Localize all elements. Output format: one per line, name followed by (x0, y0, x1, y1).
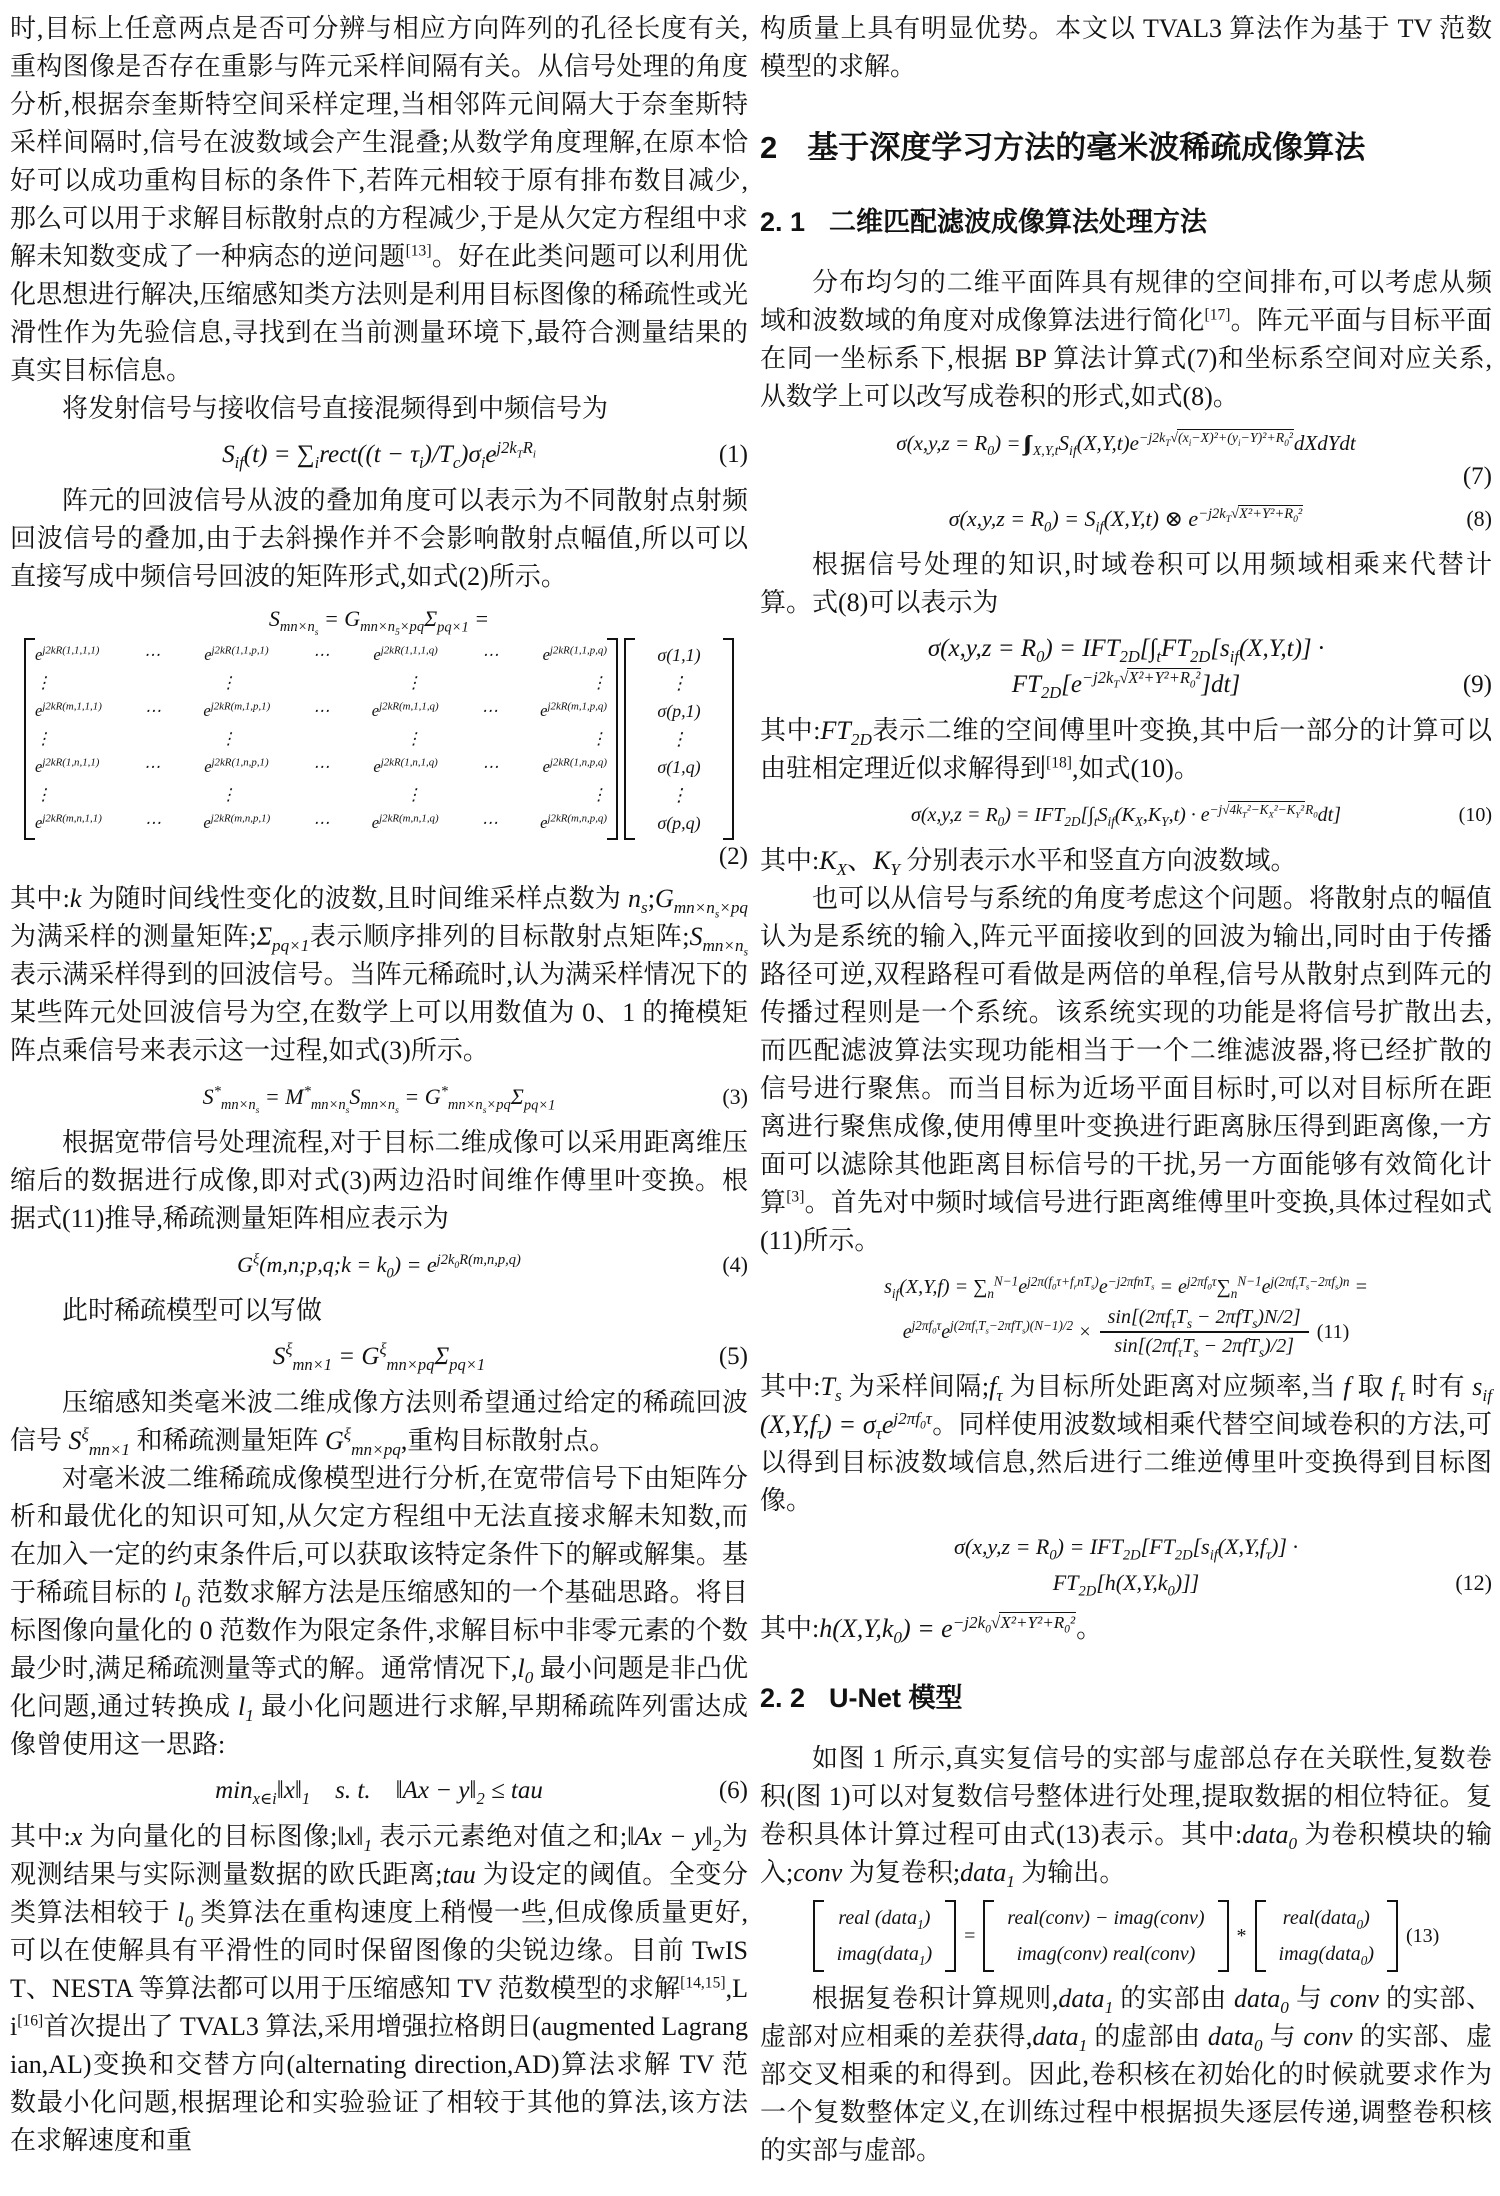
right-bracket (607, 638, 618, 840)
paragraph-if-signal-lead: 将发射信号与接收信号直接混频得到中频信号为 (10, 390, 748, 428)
subsection-title: U-Net 模型 (829, 1682, 963, 1714)
right-bracket (1387, 1900, 1398, 1972)
paragraph-intro-continuation: 时,目标上任意两点是否可分辨与相应方向阵列的孔径长度有关,重构图像是否存在重影与… (10, 10, 748, 390)
paragraph-sparse-model-lead: 此时稀疏模型可以写做 (10, 1292, 748, 1330)
paragraph-h-definition: 其中:h(X,Y,k0) = e−j2k0√X²+Y²+R0²。 (760, 1610, 1492, 1648)
left-bracket (983, 1900, 994, 1972)
equals-sign: = (964, 1925, 975, 1948)
equation-12-number: (12) (1455, 1566, 1492, 1600)
paper-page: 时,目标上任意两点是否可分辨与相应方向阵列的孔径长度有关,重构图像是否存在重影与… (0, 0, 1500, 2196)
equation-8-body: σ(x,y,z = R0) = Sif(X,Y,t) ⊗ e−j2kT√X²+Y… (949, 506, 1304, 531)
equation-3-number: (3) (722, 1080, 748, 1114)
paragraph-freq-multiply: 根据信号处理的知识,时域卷积可以用频域相乘来代替计算。式(8)可以表示为 (760, 546, 1492, 622)
equation-11-line-2: ej2πf0τej(2πfτTs−2πfTs)(N−1)/2 × sin[(2π… (760, 1306, 1492, 1358)
subsection-number: 2. 1 (760, 206, 805, 238)
equation-11-line-1: sif(X,Y,f) = ∑nN−1ej2π(f0τ+frnTs)e−j2πfn… (760, 1270, 1492, 1304)
paragraph-sampling-note: 其中:Ts 为采样间隔;fτ 为目标所处距离对应频率,当 f 取 fτ 时有 s… (760, 1368, 1492, 1520)
equation-9-line-1: σ(x,y,z = R0) = IFT2D[∫tFT2D[sif(X,Y,t)]… (760, 632, 1492, 666)
equation-10-body: σ(x,y,z = R0) = IFT2D[∫tSif(KX,KY,t) · e… (911, 804, 1341, 826)
section-number: 2 (760, 130, 777, 166)
subsection-heading-2-2: 2. 2 U-Net 模型 (760, 1682, 1492, 1714)
equation-11-body-2: ej2πf0τej(2πfτTs−2πfTs)(N−1)/2 × (903, 1321, 1092, 1344)
fraction-denominator: sin[(2πfτTs − 2πfTs)/2] (1100, 1333, 1309, 1358)
equation-4-body: Gξ(m,n;p,q;k = k0) = ej2k0R(m,n,p,q) (237, 1252, 521, 1277)
right-bracket (723, 638, 734, 840)
equation-7: σ(x,y,z = R0) = ∫∫∫X,Y,tSif(X,Y,t)e−j2kT… (760, 426, 1492, 460)
equation-2: Smn×ns = Gmn×n5×pqΣpq×1 = ej2kR(1,1,1,1)… (10, 604, 748, 872)
measurement-matrix: ej2kR(1,1,1,1)⋯ej2kR(1,1,p,1)⋯ej2kR(1,1,… (35, 638, 607, 840)
equation-3: S*mn×ns = M*mn×nsSmn×ns = G*mn×ns×pqΣpq×… (10, 1080, 748, 1114)
paragraph-wavenumber-note: 其中:KX、KY 分别表示水平和竖直方向波数域。 (760, 842, 1492, 880)
equation-12-line-1: σ(x,y,z = R0) = IFT2D[FT2D[sif(X,Y,fτ)] … (760, 1530, 1492, 1564)
left-bracket (24, 638, 35, 840)
equation-2-number: (2) (10, 842, 748, 872)
equation-9-line-2: FT2D[e−j2kT√X²+Y²+R0²]dt] (9) (760, 668, 1492, 702)
data0-matrix: real(data0)imag(data0) (1274, 1900, 1379, 1972)
equation-2-matrix: ej2kR(1,1,1,1)⋯ej2kR(1,1,p,1)⋯ej2kR(1,1,… (10, 638, 748, 840)
paragraph-complex-conv-rule: 根据复卷积计算规则,data1 的实部由 data0 与 conv 的实部、虚部… (760, 1980, 1492, 2170)
equation-5-body: Sξmn×1 = Gξmn×pqΣpq×1 (273, 1343, 485, 1370)
equation-12-body-1: σ(x,y,z = R0) = IFT2D[FT2D[sif(X,Y,fτ)] … (954, 1534, 1298, 1559)
paragraph-cs-goal: 压缩感知类毫米波二维成像方法则希望通过给定的稀疏回波信号 Sξmn×1 和稀疏测… (10, 1384, 748, 1460)
equation-9-body-2: FT2D[e−j2kT√X²+Y²+R0²]dt] (1012, 671, 1240, 698)
equation-8-number: (8) (1466, 502, 1492, 536)
equation-11-number: (11) (1317, 1321, 1350, 1344)
conv-matrix: real(conv) − imag(conv)imag(conv) real(c… (1002, 1900, 1209, 1972)
sinc-fraction: sin[(2πfτTs − 2πfTs)N/2] sin[(2πfτTs − 2… (1100, 1306, 1309, 1358)
paragraph-complex-conv-intro: 如图 1 所示,真实复信号的实部与虚部总存在关联性,复数卷积(图 1)可以对复数… (760, 1740, 1492, 1892)
equation-10: σ(x,y,z = R0) = IFT2D[∫tSif(KX,KY,t) · e… (760, 798, 1492, 832)
left-bracket (624, 638, 635, 840)
paragraph-tv-algorithms: 其中:x 为向量化的目标图像;‖x‖1 表示元素绝对值之和;‖Ax − y‖2为… (10, 1818, 748, 2160)
equation-1: Sif(t) = ∑irect((t − τi)/Tc)σiej2kTRi (1… (10, 438, 748, 472)
equation-2-head: Smn×ns = Gmn×n5×pqΣpq×1 = (10, 604, 748, 634)
equation-5-number: (5) (719, 1340, 748, 1374)
equation-13: real (data1)imag(data1) = real(conv) − i… (760, 1900, 1492, 1972)
right-bracket (1218, 1900, 1229, 1972)
paragraph-planar-array: 分布均匀的二维平面阵具有规律的空间排布,可以考虑从频域和波数域的角度对成像算法进… (760, 264, 1492, 416)
equation-7-body: σ(x,y,z = R0) = ∫∫∫X,Y,tSif(X,Y,t)e−j2kT… (896, 431, 1356, 455)
equation-9-body-1: σ(x,y,z = R0) = IFT2D[∫tFT2D[sif(X,Y,t)]… (928, 635, 1324, 662)
equation-6-body: minx∈i‖x‖1 s. t. ‖Ax − y‖2 ≤ tau (215, 1777, 543, 1804)
subsection-title: 二维匹配滤波成像算法处理方法 (829, 206, 1207, 238)
right-bracket (945, 1900, 956, 1972)
equation-6: minx∈i‖x‖1 s. t. ‖Ax − y‖2 ≤ tau (6) (10, 1774, 748, 1808)
right-column: 构质量上具有明显优势。本文以 TVAL3 算法作为基于 TV 范数模型的求解。 … (760, 10, 1492, 2170)
subsection-number: 2. 2 (760, 1682, 805, 1714)
equation-7-number: (7) (760, 462, 1492, 492)
equation-4: Gξ(m,n;p,q;k = k0) = ej2k0R(m,n,p,q) (4) (10, 1248, 748, 1282)
paragraph-range-compression: 根据宽带信号处理流程,对于目标二维成像可以采用距离维压缩后的数据进行成像,即对式… (10, 1124, 748, 1238)
left-column: 时,目标上任意两点是否可分辨与相应方向阵列的孔径长度有关,重构图像是否存在重影与… (10, 10, 748, 2160)
equation-3-body: S*mn×ns = M*mn×nsSmn×ns = G*mn×ns×pqΣpq×… (203, 1084, 556, 1109)
paragraph-system-view: 也可以从信号与系统的角度考虑这个问题。将散射点的幅值认为是系统的输入,阵元平面接… (760, 880, 1492, 1260)
section-heading-2: 2 基于深度学习方法的毫米波稀疏成像算法 (760, 130, 1492, 166)
paragraph-symbol-definitions: 其中:k 为随时间线性变化的波数,且时间维采样点数为 ns;Gmn×ns×pq为… (10, 880, 748, 1070)
convolution-operator: * (1237, 1925, 1247, 1948)
left-bracket (813, 1900, 824, 1972)
section-title: 基于深度学习方法的毫米波稀疏成像算法 (807, 130, 1365, 166)
subsection-heading-2-1: 2. 1 二维匹配滤波成像算法处理方法 (760, 206, 1492, 238)
equation-13-number: (13) (1406, 1925, 1439, 1948)
equation-9-number: (9) (1463, 668, 1492, 702)
left-bracket (1255, 1900, 1266, 1972)
equation-8: σ(x,y,z = R0) = Sif(X,Y,t) ⊗ e−j2kT√X²+Y… (760, 502, 1492, 536)
paragraph-tval3-conclusion: 构质量上具有明显优势。本文以 TVAL3 算法作为基于 TV 范数模型的求解。 (760, 10, 1492, 86)
paragraph-sparse-analysis: 对毫米波二维稀疏成像模型进行分析,在宽带信号下由矩阵分析和最优化的知识可知,从欠… (10, 1460, 748, 1764)
paragraph-ft2d-note: 其中:FT2D表示二维的空间傅里叶变换,其中后一部分的计算可以由驻相定理近似求解… (760, 712, 1492, 788)
equation-11-body-1: sif(X,Y,f) = ∑nN−1ej2π(f0τ+frnTs)e−j2πfn… (884, 1276, 1368, 1298)
equation-6-number: (6) (719, 1774, 748, 1808)
equation-10-number: (10) (1459, 798, 1492, 832)
equation-5: Sξmn×1 = Gξmn×pqΣpq×1 (5) (10, 1340, 748, 1374)
data1-matrix: real (data1)imag(data1) (832, 1900, 937, 1972)
sigma-vector: σ(1,1)⋮σ(p,1)⋮σ(1,q)⋮σ(p,q) (635, 638, 723, 840)
paragraph-echo-matrix-lead: 阵元的回波信号从波的叠加角度可以表示为不同散射点射频回波信号的叠加,由于去斜操作… (10, 482, 748, 596)
fraction-numerator: sin[(2πfτTs − 2πfTs)N/2] (1100, 1306, 1309, 1333)
equation-1-number: (1) (719, 438, 748, 472)
equation-1-body: Sif(t) = ∑irect((t − τi)/Tc)σiej2kTRi (222, 441, 536, 468)
equation-12-line-2: FT2D[h(X,Y,k0)]] (12) (760, 1566, 1492, 1600)
equation-12-body-2: FT2D[h(X,Y,k0)]] (1053, 1570, 1199, 1595)
equation-4-number: (4) (722, 1248, 748, 1282)
